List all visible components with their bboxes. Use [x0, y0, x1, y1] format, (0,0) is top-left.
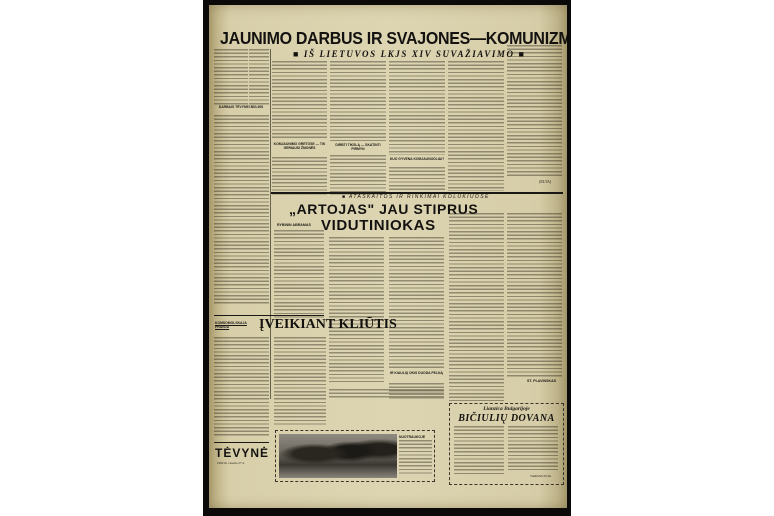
publication-logo: TĖVYNĖ	[215, 446, 269, 460]
photo-caption-label: NUOTRAUKOJE	[399, 435, 432, 439]
article-col-2	[330, 61, 386, 141]
lower-kicker: KOMSOMOLSKAJA PRAVDA	[215, 321, 255, 329]
main-subheadline: ■ IŠ LIETUVOS LKJS XIV SUVAŽIAVIMO ■	[293, 49, 526, 59]
intro-text-2	[249, 49, 269, 105]
article-col-1	[272, 61, 327, 139]
feature-col-2	[329, 237, 384, 382]
subhead-dirbti: DIRBTI TIKSLĄ — SKATINTI PIRMYN	[330, 143, 386, 151]
elta-signature: (ELTA)	[539, 179, 551, 184]
feature-tail	[329, 389, 444, 399]
feature-col-5	[507, 213, 562, 378]
photo-caption	[399, 440, 432, 476]
left-column-text	[214, 115, 269, 305]
subhead-gretose: KOMJAUNIMO GRETOSE — TIK GERIAUSI ŽMONĖS	[272, 142, 327, 150]
lower-col-2	[274, 337, 326, 427]
article-col-4	[448, 61, 504, 191]
column-rule	[270, 49, 271, 399]
newspaper-page: JAUNIMO DARBUS IR SVAJONES—KOMUNIZMO RYT…	[209, 5, 567, 508]
feature-col-4	[449, 213, 504, 401]
publication-date: 1960 m. vasario 27 d.	[217, 461, 245, 465]
article-col-5	[507, 45, 562, 177]
photo-students	[279, 434, 397, 478]
subhead-kuo-gyvena: KUO GYVENA KOMJAUNUOLIAI?	[389, 157, 445, 161]
box-col-2	[508, 426, 558, 470]
right-signature: ST. PLAVINSKAS	[527, 379, 556, 383]
feature-col-1	[274, 230, 324, 320]
box-col-1	[454, 426, 504, 476]
feature-byline: RYBININ ABRAMAS	[277, 223, 311, 227]
logo-divider	[214, 442, 269, 443]
bulgaria-box: Lianzica Bulgarijoje BIČIULIŲ DOVANA VAR…	[449, 403, 564, 485]
subhead-darbais: DARBAIS TĖVYNEI BŪLINS	[217, 105, 265, 109]
lower-headline: ĮVEIKIANT KLIŪTIS	[259, 317, 397, 333]
lower-divider	[214, 315, 324, 316]
box-kicker: Lianzica Bulgarijoje	[450, 406, 563, 412]
section-kicker: ■ ATASKAITOS IR RINKIMAI KOLŪKIUOSE	[342, 194, 490, 200]
feature-col-3	[389, 237, 444, 369]
article-col-1b	[272, 157, 327, 195]
photo-box: NUOTRAUKOJE	[275, 430, 435, 482]
feature-headline-2: VIDUTINIOKAS	[321, 217, 436, 234]
box-signature: VARDAS ELTA	[530, 474, 551, 478]
article-col-3b	[389, 167, 445, 195]
article-col-2b	[330, 155, 386, 195]
lower-col-1	[214, 337, 269, 437]
article-col-3	[389, 61, 445, 155]
feature-subhead: IR KIAULIŲ ŪKIS DUODA PELNĄ	[389, 371, 444, 375]
intro-text	[214, 49, 248, 105]
box-headline: BIČIULIŲ DOVANA	[450, 413, 563, 424]
